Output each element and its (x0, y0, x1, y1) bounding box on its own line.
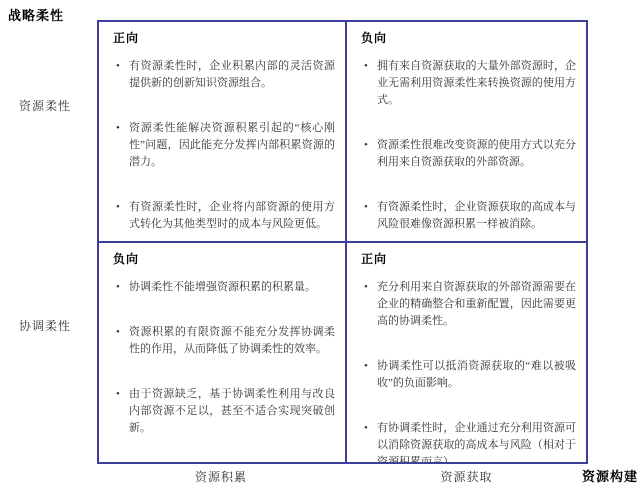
bullet-item: 有协调柔性时，企业通过充分利用资源可以消除资源获取的高成本与风险（相对于资源积累… (361, 420, 576, 462)
quadrant-header: 负向 (113, 250, 335, 267)
bullet-item: 充分利用来自资源获取的外部资源需要在企业的精确整合和重新配置，因此需要更高的协调… (361, 279, 576, 330)
bullet-item: 由于资源缺乏，基于协调柔性利用与改良内部资源不足以，甚至不适合实现突破创新。 (113, 386, 335, 437)
bullet-item: 有资源柔性时，企业积累内部的灵活资源提供新的创新知识资源组合。 (113, 58, 335, 92)
bullet-list: 协调柔性不能增强资源积累的积累量。 资源积累的有限资源不能充分发挥协调柔性的作用… (113, 279, 335, 437)
bullet-list: 有资源柔性时，企业积累内部的灵活资源提供新的创新知识资源组合。 资源柔性能解决资… (113, 58, 335, 233)
quadrant-resource-flexibility-accumulation: 正向 有资源柔性时，企业积累内部的灵活资源提供新的创新知识资源组合。 资源柔性能… (99, 22, 347, 243)
bullet-item: 资源积累的有限资源不能充分发挥协调柔性的作用，从而降低了协调柔性的效率。 (113, 324, 335, 358)
bullet-item: 有资源柔性时，企业将内部资源的使用方式转化为其他类型时的成本与风险更低。 (113, 199, 335, 233)
col-label-resource-accumulation: 资源积累 (97, 468, 345, 485)
bullet-item: 有资源柔性时，企业资源获取的高成本与风险很难像资源积累一样被消除。 (361, 199, 576, 233)
bullet-item: 资源柔性能解决资源积累引起的“核心刚性”问题，因此能充分发挥内部积累资源的潜力。 (113, 120, 335, 171)
col-label-resource-acquisition: 资源获取 (345, 468, 588, 485)
bullet-item: 拥有来自资源获取的大量外部资源时，企业无需利用资源柔性来转换资源的使用方式。 (361, 58, 576, 109)
quadrant-resource-flexibility-acquisition: 负向 拥有来自资源获取的大量外部资源时，企业无需利用资源柔性来转换资源的使用方式… (347, 22, 586, 243)
matrix-grid: 正向 有资源柔性时，企业积累内部的灵活资源提供新的创新知识资源组合。 资源柔性能… (97, 20, 588, 464)
bullet-list: 充分利用来自资源获取的外部资源需要在企业的精确整合和重新配置，因此需要更高的协调… (361, 279, 576, 462)
bullet-item: 协调柔性不能增强资源积累的积累量。 (113, 279, 335, 296)
bullet-item: 资源柔性很难改变资源的使用方式以充分利用来自资源获取的外部资源。 (361, 137, 576, 171)
strategic-flexibility-matrix: 战略柔性 资源柔性 协调柔性 正向 有资源柔性时，企业积累内部的灵活资源提供新的… (0, 0, 639, 488)
bullet-list: 拥有来自资源获取的大量外部资源时，企业无需利用资源柔性来转换资源的使用方式。 资… (361, 58, 576, 233)
row-label-resource-flexibility: 资源柔性 (19, 97, 89, 114)
page-title: 战略柔性 (8, 5, 64, 24)
quadrant-header: 正向 (361, 250, 576, 267)
quadrant-coordination-flexibility-accumulation: 负向 协调柔性不能增强资源积累的积累量。 资源积累的有限资源不能充分发挥协调柔性… (99, 243, 347, 462)
row-label-coordination-flexibility: 协调柔性 (19, 317, 89, 334)
quadrant-coordination-flexibility-acquisition: 正向 充分利用来自资源获取的外部资源需要在企业的精确整合和重新配置，因此需要更高… (347, 243, 586, 462)
corner-label-resource-construction: 资源构建 (582, 466, 638, 485)
quadrant-header: 正向 (113, 29, 335, 46)
quadrant-header: 负向 (361, 29, 576, 46)
bullet-item: 协调柔性可以抵消资源获取的“难以被吸收”的负面影响。 (361, 358, 576, 392)
